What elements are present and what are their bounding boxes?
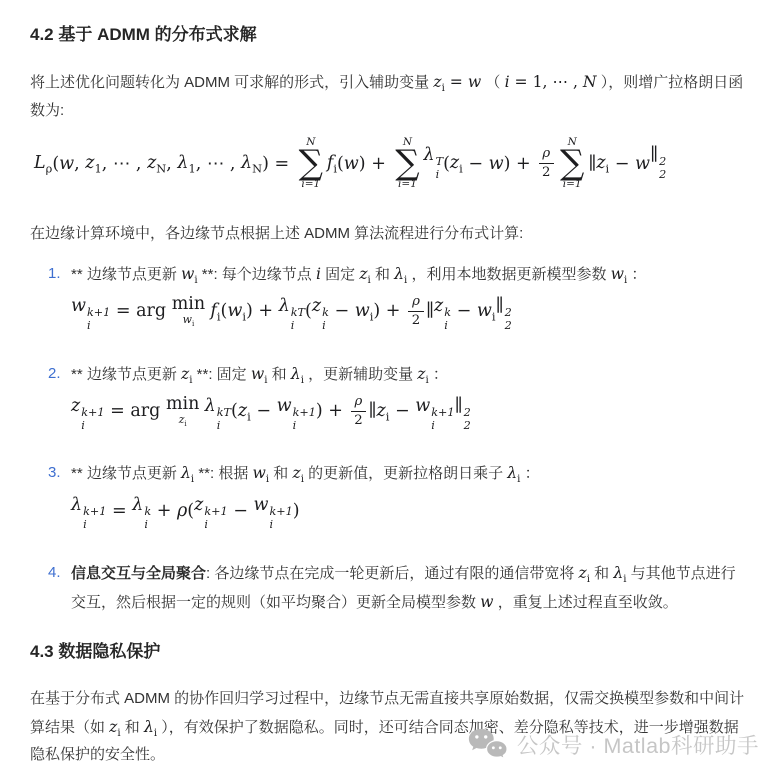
- math-token: i: [442, 83, 445, 94]
- math-token: i: [117, 728, 120, 739]
- math-token: w: [181, 265, 194, 283]
- list-item-text: 信息交互与全局聚合: 各边缘节点在完成一轮更新后，通过有限的通信带宽将 zi 和…: [71, 559, 749, 617]
- display-formula: λk+1i=λki+ρ(zk+1i−wk+1i): [71, 489, 749, 532]
- math-token: 1: [95, 161, 102, 175]
- math-token: i=1: [563, 179, 582, 191]
- math-scripted: wi: [227, 295, 246, 327]
- paragraph: 在边缘计算环境中，各边缘节点根据上述 ADMM 算法流程进行分布式计算:: [30, 220, 749, 248]
- math-scripted: λkTi: [279, 290, 305, 333]
- math-token: i: [154, 728, 157, 739]
- inline-math: λi: [507, 464, 520, 482]
- math-scripted: ∥22: [496, 290, 512, 333]
- math-token: i: [301, 375, 304, 386]
- math-scripted: zi: [109, 713, 120, 742]
- summation: N∑i=1: [395, 137, 419, 191]
- math-token: λ: [71, 495, 82, 515]
- math-scripted: wk+1i: [253, 489, 292, 532]
- math-token: i: [217, 420, 221, 433]
- math-token: i: [189, 375, 192, 386]
- wechat-icon: [468, 728, 507, 760]
- math-token: i: [184, 419, 186, 428]
- math-scripted: λi: [291, 360, 304, 389]
- inline-math: wi: [181, 265, 198, 283]
- math-token: λ: [279, 296, 290, 316]
- math-token: 2: [408, 311, 423, 330]
- math-scripted: λi: [613, 559, 626, 588]
- bold-text: 信息交互与全局聚合: [71, 565, 206, 582]
- math-token: ρ: [355, 393, 363, 411]
- math-token: z: [417, 365, 425, 383]
- math-scripted: wk+1i: [71, 290, 110, 333]
- math-token: (: [221, 295, 228, 327]
- math-token: min: [172, 295, 205, 314]
- math-token: i: [81, 420, 85, 433]
- inline-math: zi: [292, 464, 303, 482]
- math-scripted: λk+1i: [71, 489, 106, 532]
- math-token: 1, ⋯ ,: [533, 73, 583, 91]
- math-token: λ: [181, 464, 191, 482]
- inline-math: zi: [181, 365, 192, 383]
- inline-math: wi: [251, 365, 268, 383]
- math-token: z: [434, 296, 443, 316]
- list-item: 3.** 边缘节点更新 λi **: 根据 wi 和 zi 的更新值，更新拉格朗…: [48, 459, 749, 532]
- math-token: λ: [132, 495, 143, 515]
- watermark: 公众号 · Matlab科研助手: [468, 728, 759, 760]
- math-token: i: [459, 161, 463, 175]
- math-operator: −: [395, 395, 410, 427]
- math-token: w: [344, 154, 359, 174]
- math-token: i: [606, 161, 610, 175]
- math-token: i: [191, 475, 194, 486]
- math-token: i: [517, 475, 520, 486]
- math-scripted: λi: [507, 459, 520, 488]
- math-token: (: [52, 154, 59, 174]
- list-item: 1.** 边缘节点更新 wi **: 每个边缘节点 i 固定 zi 和 λi ，…: [48, 260, 749, 333]
- inline-math: λi: [613, 564, 626, 582]
- summation: N∑i=1: [299, 137, 323, 191]
- math-operator: −: [233, 495, 248, 527]
- math-operator: =: [450, 73, 463, 91]
- math-scripted: zk+1i: [71, 390, 105, 433]
- fraction: ρ2: [351, 393, 366, 430]
- math-token: z: [85, 153, 94, 173]
- ordered-list: 1.** 边缘节点更新 wi **: 每个边缘节点 i 固定 zi 和 λi ，…: [30, 260, 749, 617]
- math-scripted: zi: [292, 459, 303, 488]
- list-item-number: 1.: [48, 260, 71, 333]
- math-token: w: [277, 396, 292, 416]
- underscript-operator: minwi: [172, 295, 205, 327]
- math-token: 2: [464, 407, 471, 420]
- underscript-operator: minzi: [166, 395, 199, 427]
- math-token: ki: [322, 307, 329, 333]
- math-token: arg: [136, 295, 172, 327]
- math-scripted: zk+1i: [194, 489, 228, 532]
- math-token: i: [83, 519, 87, 532]
- fraction: ρ2: [539, 145, 554, 182]
- math-scripted: wi: [181, 260, 198, 289]
- math-token: i: [266, 475, 269, 486]
- inline-math: w: [480, 593, 493, 611]
- math-token: Ti: [436, 156, 443, 182]
- inline-math: λi: [291, 365, 304, 383]
- list-item-body: ** 边缘节点更新 zi **: 固定 wi 和 λi ，更新辅助变量 zi ：…: [71, 360, 749, 433]
- math-token: ): [504, 154, 511, 174]
- math-token: 2: [464, 420, 471, 433]
- list-item: 4.信息交互与全局聚合: 各边缘节点在完成一轮更新后，通过有限的通信带宽将 zi…: [48, 559, 749, 617]
- math-token: z: [181, 365, 189, 383]
- list-item-text: ** 边缘节点更新 wi **: 每个边缘节点 i 固定 zi 和 λi ，利用…: [71, 260, 749, 289]
- math-token: i: [192, 320, 194, 329]
- math-token: z: [194, 495, 203, 515]
- math-operator: −: [457, 295, 472, 327]
- math-scripted: wi: [253, 459, 270, 488]
- math-scripted: λki: [132, 489, 151, 532]
- document-page: 4.2 基于 ADMM 的分布式求解将上述优化问题转化为 ADMM 可求解的形式…: [0, 0, 775, 765]
- math-token: N: [583, 73, 597, 91]
- list-item: 2.** 边缘节点更新 zi **: 固定 wi 和 λi ，更新辅助变量 zi…: [48, 360, 749, 433]
- document-content: 4.2 基于 ADMM 的分布式求解将上述优化问题转化为 ADMM 可求解的形式…: [30, 24, 749, 765]
- display-formula: wk+1i=arg minwifi(wi)+λkTi(zki−wi)+ρ2∥zk…: [71, 290, 749, 333]
- math-token: ): [262, 154, 269, 174]
- math-token: i: [264, 375, 267, 386]
- math-scripted: ∥22: [650, 145, 666, 182]
- list-item-body: ** 边缘节点更新 λi **: 根据 wi 和 zi 的更新值，更新拉格朗日乘…: [71, 459, 749, 532]
- math-token: i: [404, 275, 407, 286]
- math-operator: =: [515, 73, 528, 91]
- math-scripted: zi: [359, 260, 370, 289]
- math-token: , ⋯ ,: [196, 154, 241, 174]
- math-token: i: [623, 574, 626, 585]
- math-token: i: [624, 275, 627, 286]
- math-token: L: [34, 153, 46, 173]
- math-token: 2: [505, 320, 512, 333]
- section-heading: 4.2 基于 ADMM 的分布式求解: [30, 24, 749, 46]
- math-token: w: [183, 313, 192, 326]
- math-token: z: [238, 401, 247, 421]
- math-token: i: [144, 519, 148, 532]
- math-token: (: [337, 154, 344, 174]
- math-scripted: wk+1i: [277, 390, 316, 433]
- inline-math: zi: [417, 365, 428, 383]
- math-token: 22: [659, 156, 666, 182]
- math-operator: =: [275, 154, 290, 174]
- math-operator: +: [386, 295, 401, 327]
- math-token: z: [359, 265, 367, 283]
- math-token: ): [316, 395, 323, 427]
- math-token: z: [579, 564, 587, 582]
- math-token: w: [480, 593, 493, 611]
- math-token: i: [386, 409, 390, 423]
- inline-math: zi: [359, 265, 370, 283]
- fraction: ρ2: [408, 293, 423, 330]
- math-token: λ: [613, 564, 623, 582]
- math-token: λ: [424, 145, 435, 165]
- math-scripted: λi: [394, 260, 407, 289]
- math-token: wi: [183, 314, 195, 327]
- math-token: i: [316, 265, 321, 283]
- math-token: w: [251, 365, 264, 383]
- math-token: zi: [179, 414, 187, 427]
- math-token: k+1: [81, 407, 104, 420]
- math-operator: +: [157, 495, 172, 527]
- math-scripted: wi: [477, 295, 496, 327]
- math-scripted: zi: [377, 395, 390, 427]
- list-item-body: ** 边缘节点更新 wi **: 每个边缘节点 i 固定 zi 和 λi ，利用…: [71, 260, 749, 333]
- math-token: i: [322, 320, 326, 333]
- math-scripted: λi: [144, 713, 157, 742]
- summation: N∑i=1: [560, 137, 584, 191]
- math-scripted: wk+1i: [415, 390, 454, 433]
- math-scripted: wi: [251, 360, 268, 389]
- display-formula: zk+1i=arg minziλkTi(zi−wk+1i)+ρ2∥zi−wk+1…: [71, 390, 749, 433]
- math-scripted: λkTi: [205, 390, 231, 433]
- math-operator: +: [258, 295, 273, 327]
- math-scripted: zi: [181, 360, 192, 389]
- list-item-text: ** 边缘节点更新 zi **: 固定 wi 和 λi ，更新辅助变量 zi ：: [71, 360, 749, 389]
- math-token: w: [355, 301, 370, 321]
- math-token: k+1i: [293, 407, 316, 433]
- math-token: λ: [507, 464, 517, 482]
- math-scripted: zi: [238, 395, 251, 427]
- math-token: w: [59, 154, 74, 174]
- math-scripted: λ1: [177, 153, 195, 175]
- inline-math: wi: [611, 265, 628, 283]
- math-token: ,: [166, 154, 177, 174]
- math-token: z: [147, 153, 156, 173]
- math-scripted: zi: [417, 360, 428, 389]
- list-item-number: 4.: [48, 559, 71, 617]
- sigma-glyph: ∑: [299, 148, 323, 179]
- math-token: z: [596, 153, 605, 173]
- math-token: i: [247, 409, 251, 423]
- math-operator: −: [468, 154, 483, 174]
- math-scripted: wi: [183, 314, 195, 327]
- math-scripted: λTi: [424, 145, 444, 182]
- math-token: λ: [144, 718, 154, 736]
- math-token: min: [166, 395, 199, 414]
- math-token: ): [293, 495, 300, 527]
- math-token: i: [505, 73, 510, 91]
- inline-math: λi: [181, 464, 194, 482]
- math-token: (: [443, 154, 450, 174]
- math-operator: −: [256, 395, 271, 427]
- math-token: ρ: [177, 495, 187, 527]
- math-operator: +: [371, 154, 386, 174]
- math-token: λ: [205, 396, 216, 416]
- sigma-glyph: ∑: [560, 148, 584, 179]
- math-token: z: [292, 464, 300, 482]
- math-token: w: [468, 73, 481, 91]
- math-scripted: fi: [327, 153, 337, 175]
- math-token: 22: [464, 407, 471, 433]
- math-token: (: [305, 295, 312, 327]
- math-token: ,: [74, 154, 85, 174]
- math-token: i: [194, 275, 197, 286]
- math-token: w: [611, 265, 624, 283]
- math-token: w: [489, 154, 504, 174]
- math-token: w: [227, 301, 242, 321]
- math-scripted: Lρ: [34, 153, 52, 175]
- display-formula: Lρ(w, z1, ⋯ , zN, λ1, ⋯ , λN)=N∑i=1fi(w)…: [30, 137, 749, 191]
- math-token: i: [301, 475, 304, 486]
- inline-math: zi: [109, 718, 120, 736]
- math-token: ): [359, 154, 366, 174]
- math-token: i: [87, 320, 91, 333]
- math-token: w: [71, 296, 86, 316]
- math-token: i=1: [301, 179, 320, 191]
- math-scripted: zki: [434, 290, 451, 333]
- math-token: i: [587, 574, 590, 585]
- math-token: arg: [130, 395, 166, 427]
- math-token: ): [246, 295, 253, 327]
- math-token: k+1i: [204, 506, 227, 532]
- math-scripted: wi: [611, 260, 628, 289]
- math-token: ∥: [368, 395, 376, 427]
- math-token: ∥: [650, 145, 658, 165]
- math-token: i: [426, 375, 429, 386]
- math-token: i: [436, 169, 440, 182]
- math-token: ρ: [412, 293, 420, 311]
- math-scripted: zki: [312, 290, 329, 333]
- inline-math: zi: [579, 564, 590, 582]
- paragraph: 将上述优化问题转化为 ADMM 可求解的形式，引入辅助变量 zi=w （ i=1…: [30, 68, 749, 125]
- math-token: i: [269, 519, 273, 532]
- math-token: i=1: [398, 179, 417, 191]
- math-token: (: [231, 395, 238, 427]
- math-scripted: ∥22: [455, 390, 471, 433]
- math-token: ki: [144, 506, 151, 532]
- math-token: ρ: [542, 145, 550, 163]
- math-token: 22: [505, 307, 512, 333]
- math-token: 2: [539, 163, 554, 182]
- math-token: i: [204, 519, 208, 532]
- math-token: ∥: [426, 295, 434, 327]
- math-token: ∥: [455, 396, 463, 416]
- math-token: λ: [394, 265, 404, 283]
- math-token: ): [373, 295, 380, 327]
- math-token: ∥: [496, 296, 504, 316]
- inline-math: λi: [394, 265, 407, 283]
- math-token: k+1i: [81, 407, 104, 433]
- math-token: z: [312, 296, 321, 316]
- math-token: kT: [217, 407, 231, 420]
- math-token: 2: [351, 411, 366, 430]
- math-token: i: [293, 420, 297, 433]
- math-scripted: λi: [181, 459, 194, 488]
- math-scripted: zi: [579, 559, 590, 588]
- inline-math: λi: [144, 718, 157, 736]
- math-operator: −: [334, 295, 349, 327]
- list-item-body: 信息交互与全局聚合: 各边缘节点在完成一轮更新后，通过有限的通信带宽将 zi 和…: [71, 559, 749, 617]
- math-token: kTi: [217, 407, 231, 433]
- math-scripted: z1: [85, 153, 101, 175]
- math-scripted: λN: [241, 153, 262, 175]
- math-operator: =: [116, 295, 131, 327]
- list-item-text: ** 边缘节点更新 λi **: 根据 wi 和 zi 的更新值，更新拉格朗日乘…: [71, 459, 749, 488]
- math-token: w: [415, 396, 430, 416]
- math-token: , ⋯ ,: [102, 154, 147, 174]
- math-operator: +: [328, 395, 343, 427]
- math-token: i: [368, 275, 371, 286]
- math-scripted: zi: [596, 153, 609, 175]
- math-token: z: [71, 396, 80, 416]
- math-token: k+1i: [83, 506, 106, 532]
- math-token: i: [444, 320, 448, 333]
- section-heading: 4.3 数据隐私保护: [30, 641, 749, 663]
- list-item-number: 3.: [48, 459, 71, 532]
- math-token: z: [377, 401, 386, 421]
- math-scripted: zN: [147, 153, 166, 175]
- math-token: w: [253, 495, 268, 515]
- math-token: k+1i: [87, 307, 110, 333]
- math-token: N: [156, 161, 166, 175]
- math-scripted: wi: [355, 295, 374, 327]
- inline-math: wi: [253, 464, 270, 482]
- math-scripted: zi: [179, 414, 187, 427]
- math-operator: =: [112, 495, 127, 527]
- math-token: ki: [444, 307, 451, 333]
- watermark-label: 公众号 · Matlab科研助手: [517, 729, 759, 760]
- math-scripted: zi: [450, 153, 463, 175]
- math-token: i: [291, 320, 295, 333]
- math-token: w: [253, 464, 266, 482]
- list-item-number: 2.: [48, 360, 71, 433]
- math-operator: +: [516, 154, 531, 174]
- math-token: k+1i: [431, 407, 454, 433]
- math-token: 2: [659, 169, 666, 182]
- math-token: 1: [188, 161, 195, 175]
- inline-math: i: [316, 265, 321, 283]
- math-token: λ: [291, 365, 301, 383]
- math-token: λ: [241, 153, 252, 173]
- inline-math: zi=w: [433, 73, 481, 91]
- math-token: z: [450, 153, 459, 173]
- math-token: λ: [177, 153, 188, 173]
- math-token: ρ: [46, 161, 53, 175]
- math-operator: −: [615, 154, 630, 174]
- math-token: k+1: [293, 407, 316, 420]
- math-token: i: [431, 420, 435, 433]
- math-token: w: [635, 154, 650, 174]
- math-token: kTi: [291, 307, 305, 333]
- math-token: N: [252, 161, 262, 175]
- math-token: k+1: [431, 407, 454, 420]
- math-token: k+1i: [269, 506, 292, 532]
- math-token: z: [433, 73, 441, 91]
- math-scripted: fi: [210, 295, 220, 327]
- sigma-glyph: ∑: [395, 148, 419, 179]
- math-operator: =: [110, 395, 125, 427]
- inline-math: i=1, ⋯ , N: [505, 73, 597, 91]
- math-token: w: [477, 301, 492, 321]
- math-scripted: zi: [433, 68, 444, 97]
